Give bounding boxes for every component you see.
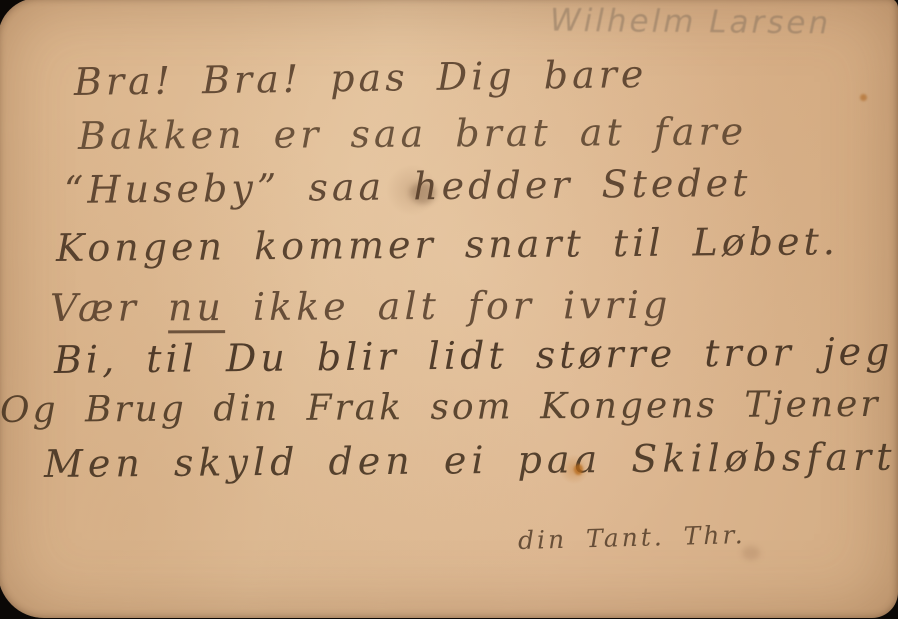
handwritten-line-3: “Huseby” saa hedder Stedet: [64, 161, 752, 212]
scan-backdrop: Wilhelm Larsen Bra! Bra! pas Dig bare Ba…: [0, 0, 898, 619]
paper-speck: [860, 94, 867, 101]
line-5-underlined-word: nu: [168, 285, 225, 333]
line-5-prefix: Vær: [50, 285, 168, 330]
pencil-inscription: Wilhelm Larsen: [550, 3, 832, 42]
handwritten-line-8: Men skyld den ei paa Skiløbsfarten: [44, 434, 898, 486]
postcard: Wilhelm Larsen Bra! Bra! pas Dig bare Ba…: [0, 0, 898, 618]
handwritten-line-1: Bra! Bra! pas Dig bare: [74, 52, 648, 104]
handwritten-line-7: Og Brug din Frak som Kongens Tjener: [0, 384, 881, 431]
handwritten-line-4: Kongen kommer snart til Løbet.: [56, 219, 839, 270]
handwritten-line-5: Vær nu ikke alt for ivrig: [50, 283, 672, 330]
signature: din Tant. Thr.: [518, 520, 746, 555]
handwritten-line-2: Bakken er saa brat at fare: [78, 109, 747, 158]
handwritten-line-6: Bi, til Du blir lidt større tror jeg: [54, 329, 894, 382]
line-5-suffix: ikke alt for ivrig: [225, 283, 672, 329]
